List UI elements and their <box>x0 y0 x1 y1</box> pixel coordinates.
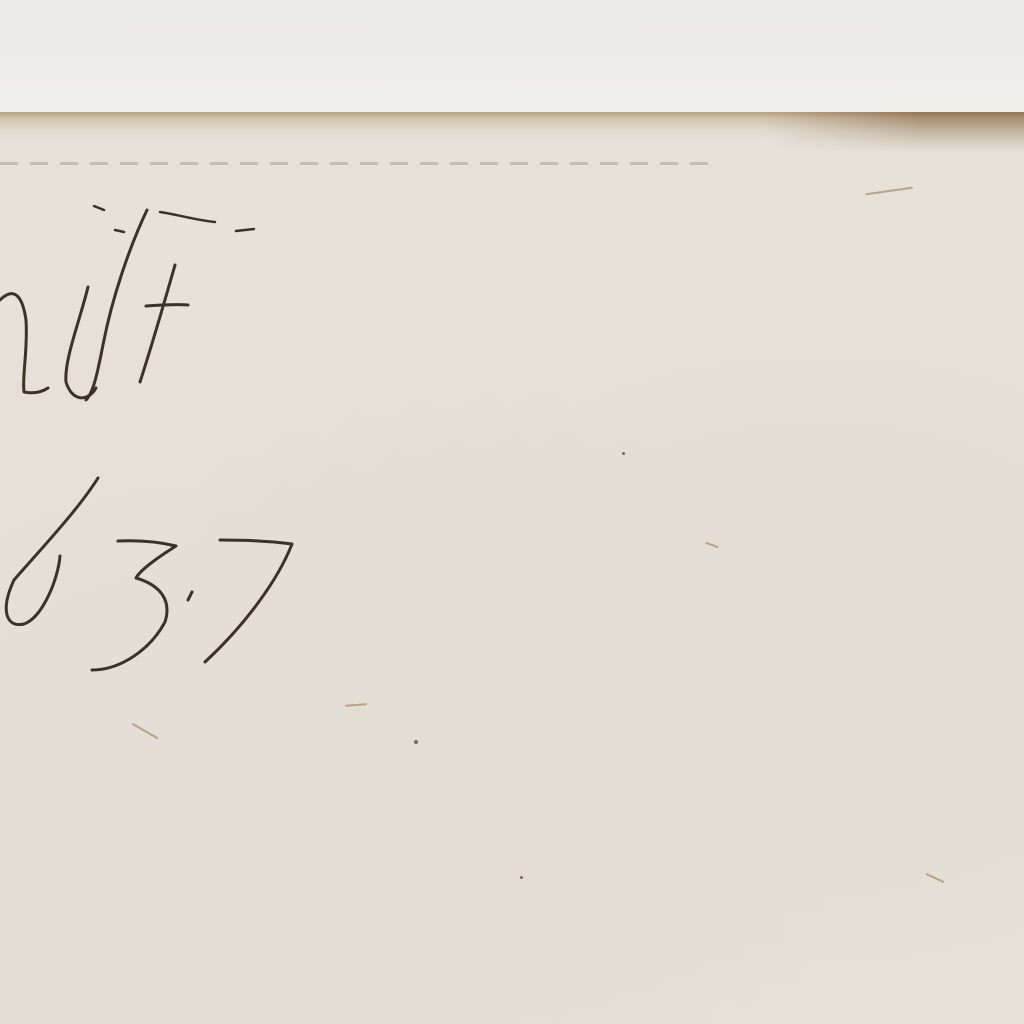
faint-dotted-line <box>0 162 720 165</box>
paper-fiber <box>926 873 945 883</box>
paper-fiber <box>705 542 719 549</box>
aged-paper-sheet <box>0 112 1024 1024</box>
paper-fiber <box>132 723 159 740</box>
paper-fiber <box>865 187 913 196</box>
paper-edge-dark-stain <box>764 112 1024 152</box>
paper-fiber <box>345 703 367 707</box>
paper-speck <box>414 740 418 744</box>
background-surface <box>0 0 1024 112</box>
paper-speck <box>622 452 625 455</box>
paper-speck <box>520 876 523 879</box>
